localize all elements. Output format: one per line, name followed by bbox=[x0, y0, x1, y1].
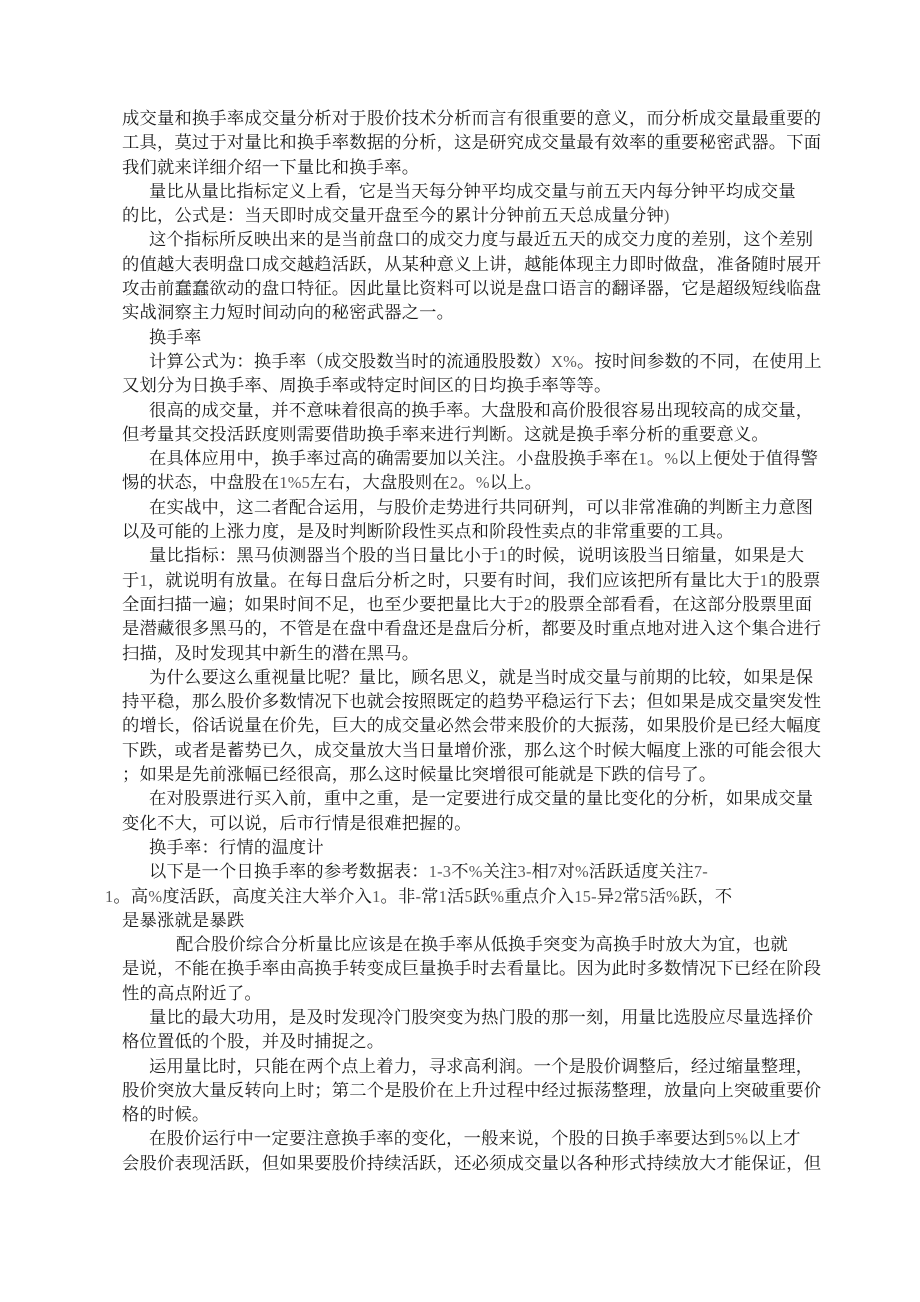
latin-text: - bbox=[415, 887, 421, 906]
latin-text: 1 bbox=[760, 571, 768, 590]
latin-text: 1-3 bbox=[429, 862, 452, 881]
text-line: 量比指标：黑马侦测器当个股的当日量比小于1的时候，说明该股当日缩量，如果是大 bbox=[122, 543, 832, 567]
latin-text: 7 bbox=[549, 862, 557, 881]
latin-text: 2 bbox=[524, 595, 532, 614]
latin-text: 1 bbox=[372, 887, 380, 906]
text-line: 股价突放大量反转向上时；第二个是股价在上升过程中经过振荡整理，放量向上突破重要价 bbox=[122, 1078, 832, 1102]
text-line: 的增长，俗话说量在价先，巨大的成交量必然会带来股价的大振荡，如果股价是已经大幅度 bbox=[122, 713, 832, 737]
text-line: 于1，就说明有放量。在每日盘后分析之时，只要有时间，我们应该把所有量比大于1的股… bbox=[122, 568, 832, 592]
text-line: 在对股票进行买入前，重中之重，是一定要进行成交量的量比变化的分析，如果成交量 bbox=[122, 786, 832, 810]
text-line: 以及可能的上涨力度，是及时判断阶段性买点和阶段性卖点的非常重要的工具。 bbox=[122, 519, 832, 543]
text-line: 1。高%度活跃，高度关注大举介入1。非-常1活5跃%重点介入15-异2常5活%跃… bbox=[105, 884, 832, 908]
text-line: 扫描，及时发现其中新生的潜在黑马。 bbox=[122, 641, 832, 665]
text-line: 攻击前蠢蠢欲动的盘口特征。因此量比资料可以说是盘口语言的翻译器，它是超级短线临盘 bbox=[122, 276, 832, 300]
text-line: 量比的最大功用，是及时发现冷门股突变为热门股的那一刻，用量比选股应尽量选择价 bbox=[122, 1005, 832, 1029]
text-line: 实战洞察主力短时间动向的秘密武器之一。 bbox=[122, 300, 832, 324]
text-line: 在股价运行中一定要注意换手率的变化，一般来说，个股的日换手率要达到5%以上才 bbox=[122, 1126, 832, 1150]
latin-text: 3- bbox=[518, 862, 532, 881]
text-line: 换手率 bbox=[122, 325, 832, 349]
text-line: 会股价表现活跃，但如果要股价持续活跃，还必须成交量以各种形式持续放大才能保证，但 bbox=[122, 1151, 832, 1175]
text-line: 但考量其交投活跃度则需要借助换手率来进行判断。这就是换手率分析的重要意义。 bbox=[122, 422, 832, 446]
latin-text: % bbox=[666, 887, 680, 906]
text-line: 成交量和换手率成交量分析对于股价技术分析而言有很重要的意义，而分析成交量最重要的 bbox=[122, 106, 832, 130]
text-line: 是暴涨就是暴跌 bbox=[122, 908, 832, 932]
latin-text: 1 bbox=[105, 887, 113, 906]
document-text-block: 成交量和换手率成交量分析对于股价技术分析而言有很重要的意义，而分析成交量最重要的… bbox=[122, 106, 832, 1175]
text-line: 的值越大表明盘口成交越趋活跃，从某种意义上讲，越能体现主力即时做盘，准备随时展开 bbox=[122, 252, 832, 276]
text-line: 是说，不能在换手率由高换手转变成巨量换手时去看量比。因为此时多数情况下已经在阶段 bbox=[122, 956, 832, 980]
text-line: 性的高点附近了。 bbox=[122, 981, 832, 1005]
text-line: 格位置低的个股，并及时捕捉之。 bbox=[122, 1029, 832, 1053]
text-line: 工具，莫过于对量比和换手率数据的分析，这是研究成交量最有效率的重要秘密武器。下面 bbox=[122, 130, 832, 154]
latin-text: % bbox=[469, 862, 483, 881]
latin-text: 1 bbox=[638, 449, 646, 468]
latin-text: 5 bbox=[465, 887, 473, 906]
text-line: 以下是一个日换手率的参考数据表：1-3不%关注3-相7对%活跃适度关注7- bbox=[122, 859, 832, 883]
text-line: 是潜藏很多黑马的，不管是在盘中看盘还是盘后分析，都要及时重点地对进入这个集合进行 bbox=[122, 616, 832, 640]
text-line: 变化不大，可以说，后市行情是很难把握的。 bbox=[122, 811, 832, 835]
text-line: 为什么要这么重视量比呢？量比，顾名思义，就是当时成交量与前期的比较，如果是保 bbox=[122, 665, 832, 689]
latin-text: 2 bbox=[614, 887, 622, 906]
text-line: 持平稳，那么股价多数情况下也就会按照既定的趋势平稳运行下去；但如果是成交量突发性 bbox=[122, 689, 832, 713]
text-line: 格的时候。 bbox=[122, 1102, 832, 1126]
text-line: 运用量比时，只能在两个点上着力，寻求高利润。一个是股价调整后，经过缩量整理， bbox=[122, 1054, 832, 1078]
latin-text: 1%5 bbox=[279, 473, 310, 492]
text-line: 的比，公式是：当天即时成交量开盘至今的累计分钟前五天总成量分钟) bbox=[122, 203, 832, 227]
document-page: 成交量和换手率成交量分析对于股价技术分析而言有很重要的意义，而分析成交量最重要的… bbox=[0, 0, 920, 1302]
latin-text: 15- bbox=[574, 887, 597, 906]
latin-text: % bbox=[148, 887, 162, 906]
text-line: 很高的成交量，并不意味着很高的换手率。大盘股和高价股很容易出现较高的成交量， bbox=[122, 398, 832, 422]
latin-text: X% bbox=[551, 352, 577, 371]
latin-text: 1 bbox=[139, 571, 147, 590]
text-line: 惕的状态，中盘股在1%5左右，大盘股则在2。%以上。 bbox=[122, 470, 832, 494]
latin-text: % bbox=[490, 887, 504, 906]
latin-text: 5% bbox=[726, 1129, 748, 1148]
text-line: 在具体应用中，换手率过高的确需要加以关注。小盘股换手率在1。%以上便处于值得警 bbox=[122, 446, 832, 470]
latin-text: 7- bbox=[694, 862, 708, 881]
latin-text: 1 bbox=[439, 887, 447, 906]
text-line: 计算公式为：换手率（成交股数当时的流通股股数）X%。按时间参数的不同，在使用上 bbox=[122, 349, 832, 373]
latin-text: % bbox=[664, 449, 678, 468]
latin-text: % bbox=[575, 862, 589, 881]
text-line: 全面扫描一遍；如果时间不足，也至少要把量比大于2的股票全部看看，在这部分股票里面 bbox=[122, 592, 832, 616]
text-line: 配合股价综合分析量比应该是在换手率从低换手突变为高换手时放大为宜，也就 bbox=[122, 932, 832, 956]
text-line: 我们就来详细介绍一下量比和换手率。 bbox=[122, 155, 832, 179]
text-line: 下跌，或者是蓄势已久，成交量放大当日量增价涨，那么这个时候大幅度上涨的可能会很大 bbox=[122, 738, 832, 762]
text-line: 在实战中，这二者配合运用，与股价走势进行共同研判，可以非常准确的判断主力意图 bbox=[122, 495, 832, 519]
text-line: 换手率：行情的温度计 bbox=[122, 835, 832, 859]
latin-text: 1 bbox=[499, 546, 507, 565]
text-line: 又划分为日换手率、周换手率或特定时间区的日均换手率等等。 bbox=[122, 373, 832, 397]
latin-text: % bbox=[476, 473, 490, 492]
text-line: 这个指标所反映出来的是当前盘口的成交力度与最近五天的成交力度的差别，这个差别 bbox=[122, 227, 832, 251]
latin-text: ) bbox=[664, 206, 670, 225]
text-line: ；如果是先前涨幅已经很高，那么这时候量比突增很可能就是下跌的信号了。 bbox=[122, 762, 832, 786]
latin-text: 2 bbox=[450, 473, 458, 492]
text-line: 量比从量比指标定义上看，它是当天每分钟平均成交量与前五天内每分钟平均成交量 bbox=[122, 179, 832, 203]
latin-text: 5 bbox=[640, 887, 648, 906]
